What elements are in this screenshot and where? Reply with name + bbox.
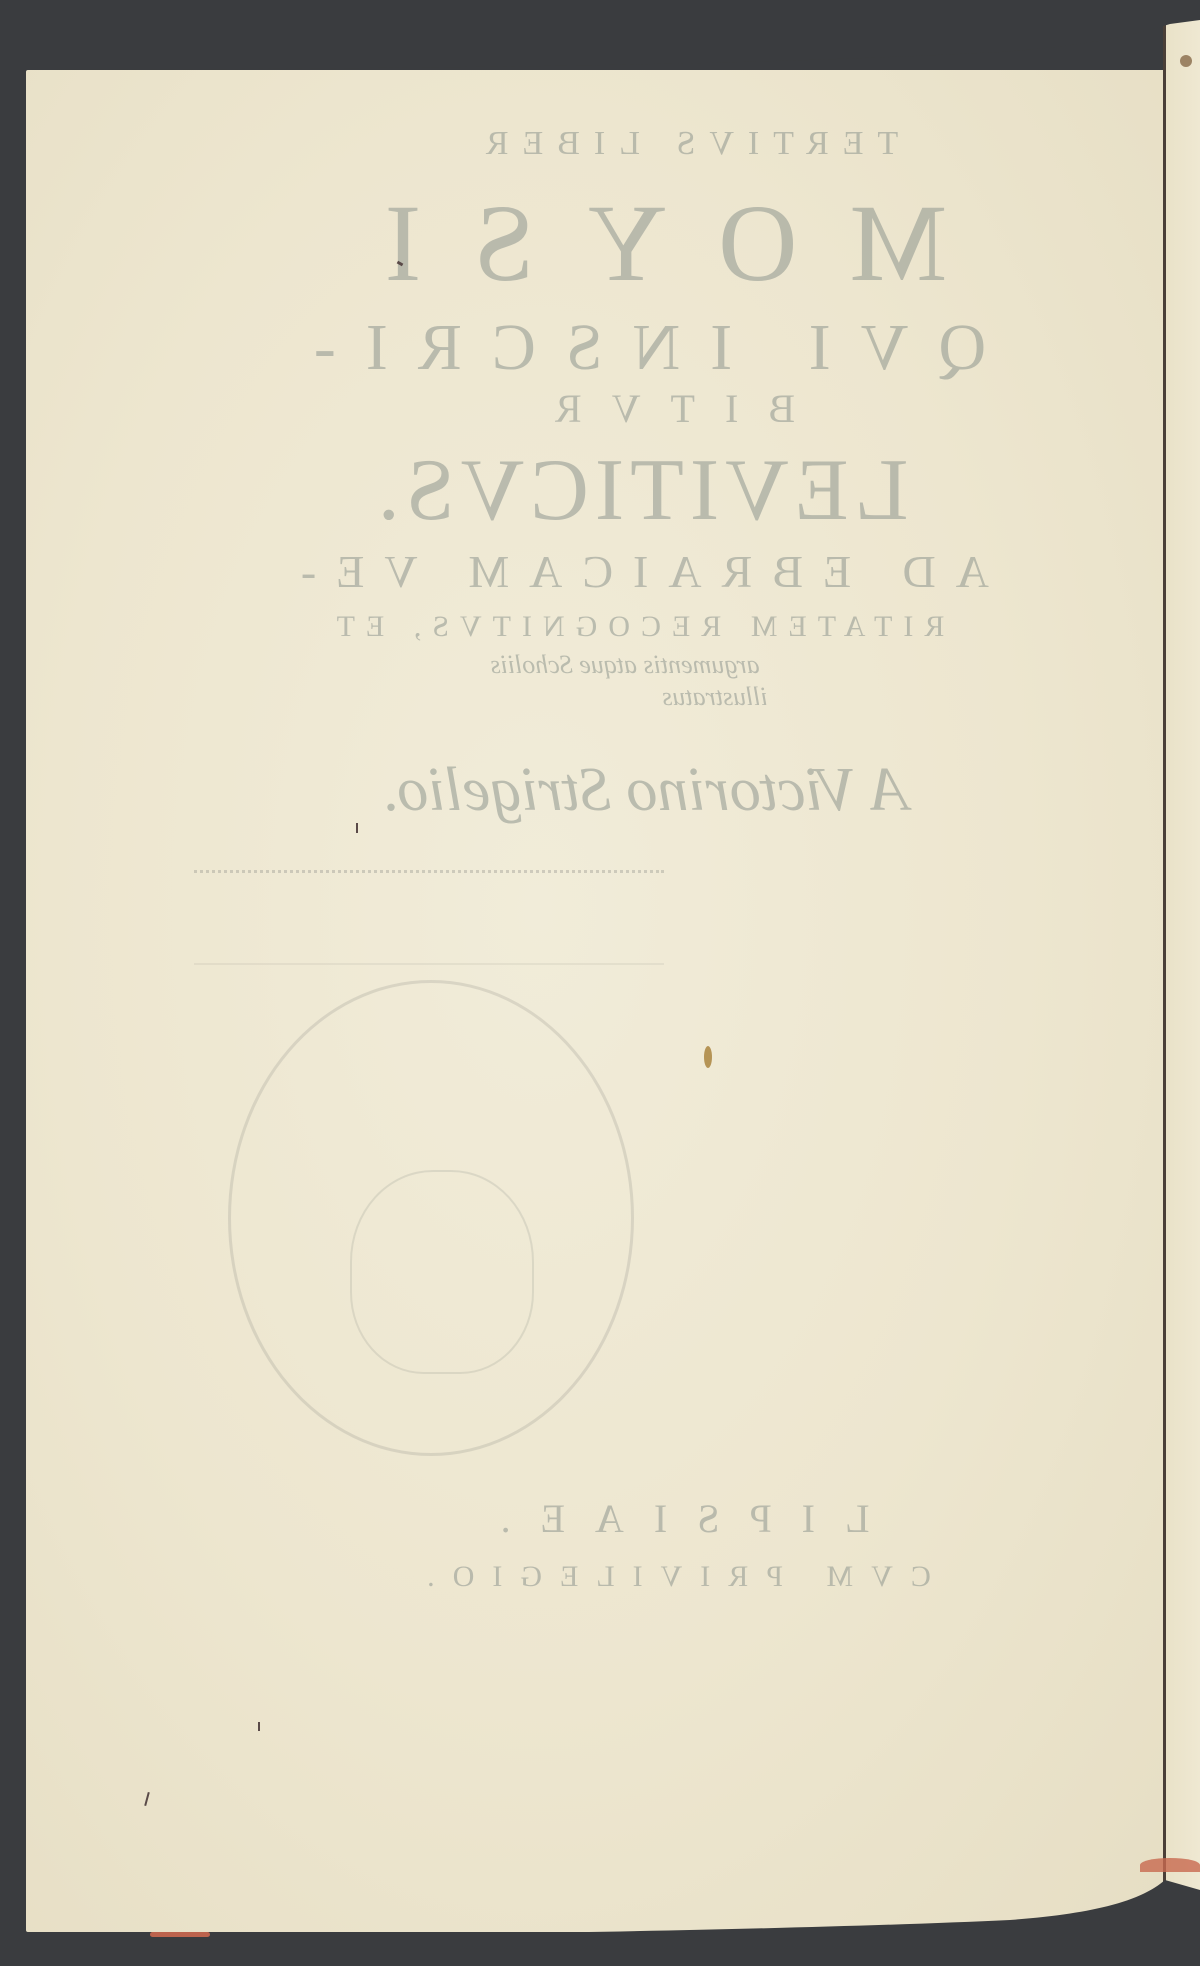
- ink-blot: [1180, 55, 1192, 67]
- title-line-ritatem: RITATEM RECOGNITVS, ET: [26, 610, 1164, 644]
- title-line-ad-ebraicam: AD EBRAICAM VE-: [26, 545, 1164, 598]
- show-through-text: TERTIVS LIBER MOYSI QVI INSCRI- BITVR LE…: [26, 70, 1164, 1932]
- red-edge-mark: [150, 1932, 210, 1937]
- woodcut-frame: [194, 870, 664, 965]
- speck: [258, 1722, 260, 1731]
- woodcut-figure: [350, 1170, 534, 1374]
- title-line-illustratus: illustratus: [26, 682, 1164, 712]
- title-line-moysi: MOYSI: [26, 180, 1164, 307]
- title-line-argumentis: argumentis atque Scholiis: [26, 650, 1164, 680]
- title-line-leviticvs: LEVITICVS.: [26, 440, 1164, 541]
- foxing-stain: [704, 1046, 712, 1068]
- title-line-tertius-liber: TERTIVS LIBER: [26, 125, 1164, 163]
- title-line-bitvr: BITVR: [26, 385, 1164, 432]
- printers-device-woodcut: [184, 850, 674, 1460]
- imprint-privilege: CVM PRIVILEGIO.: [26, 1560, 1164, 1594]
- title-line-qvi-inscri: QVI INSCRI-: [26, 310, 1164, 386]
- imprint-city: LIPSIAE.: [26, 1495, 1164, 1542]
- facing-page-edge: [1166, 18, 1200, 1898]
- speck: [356, 823, 358, 833]
- author-line: A Victorino Strigelio.: [26, 755, 1164, 826]
